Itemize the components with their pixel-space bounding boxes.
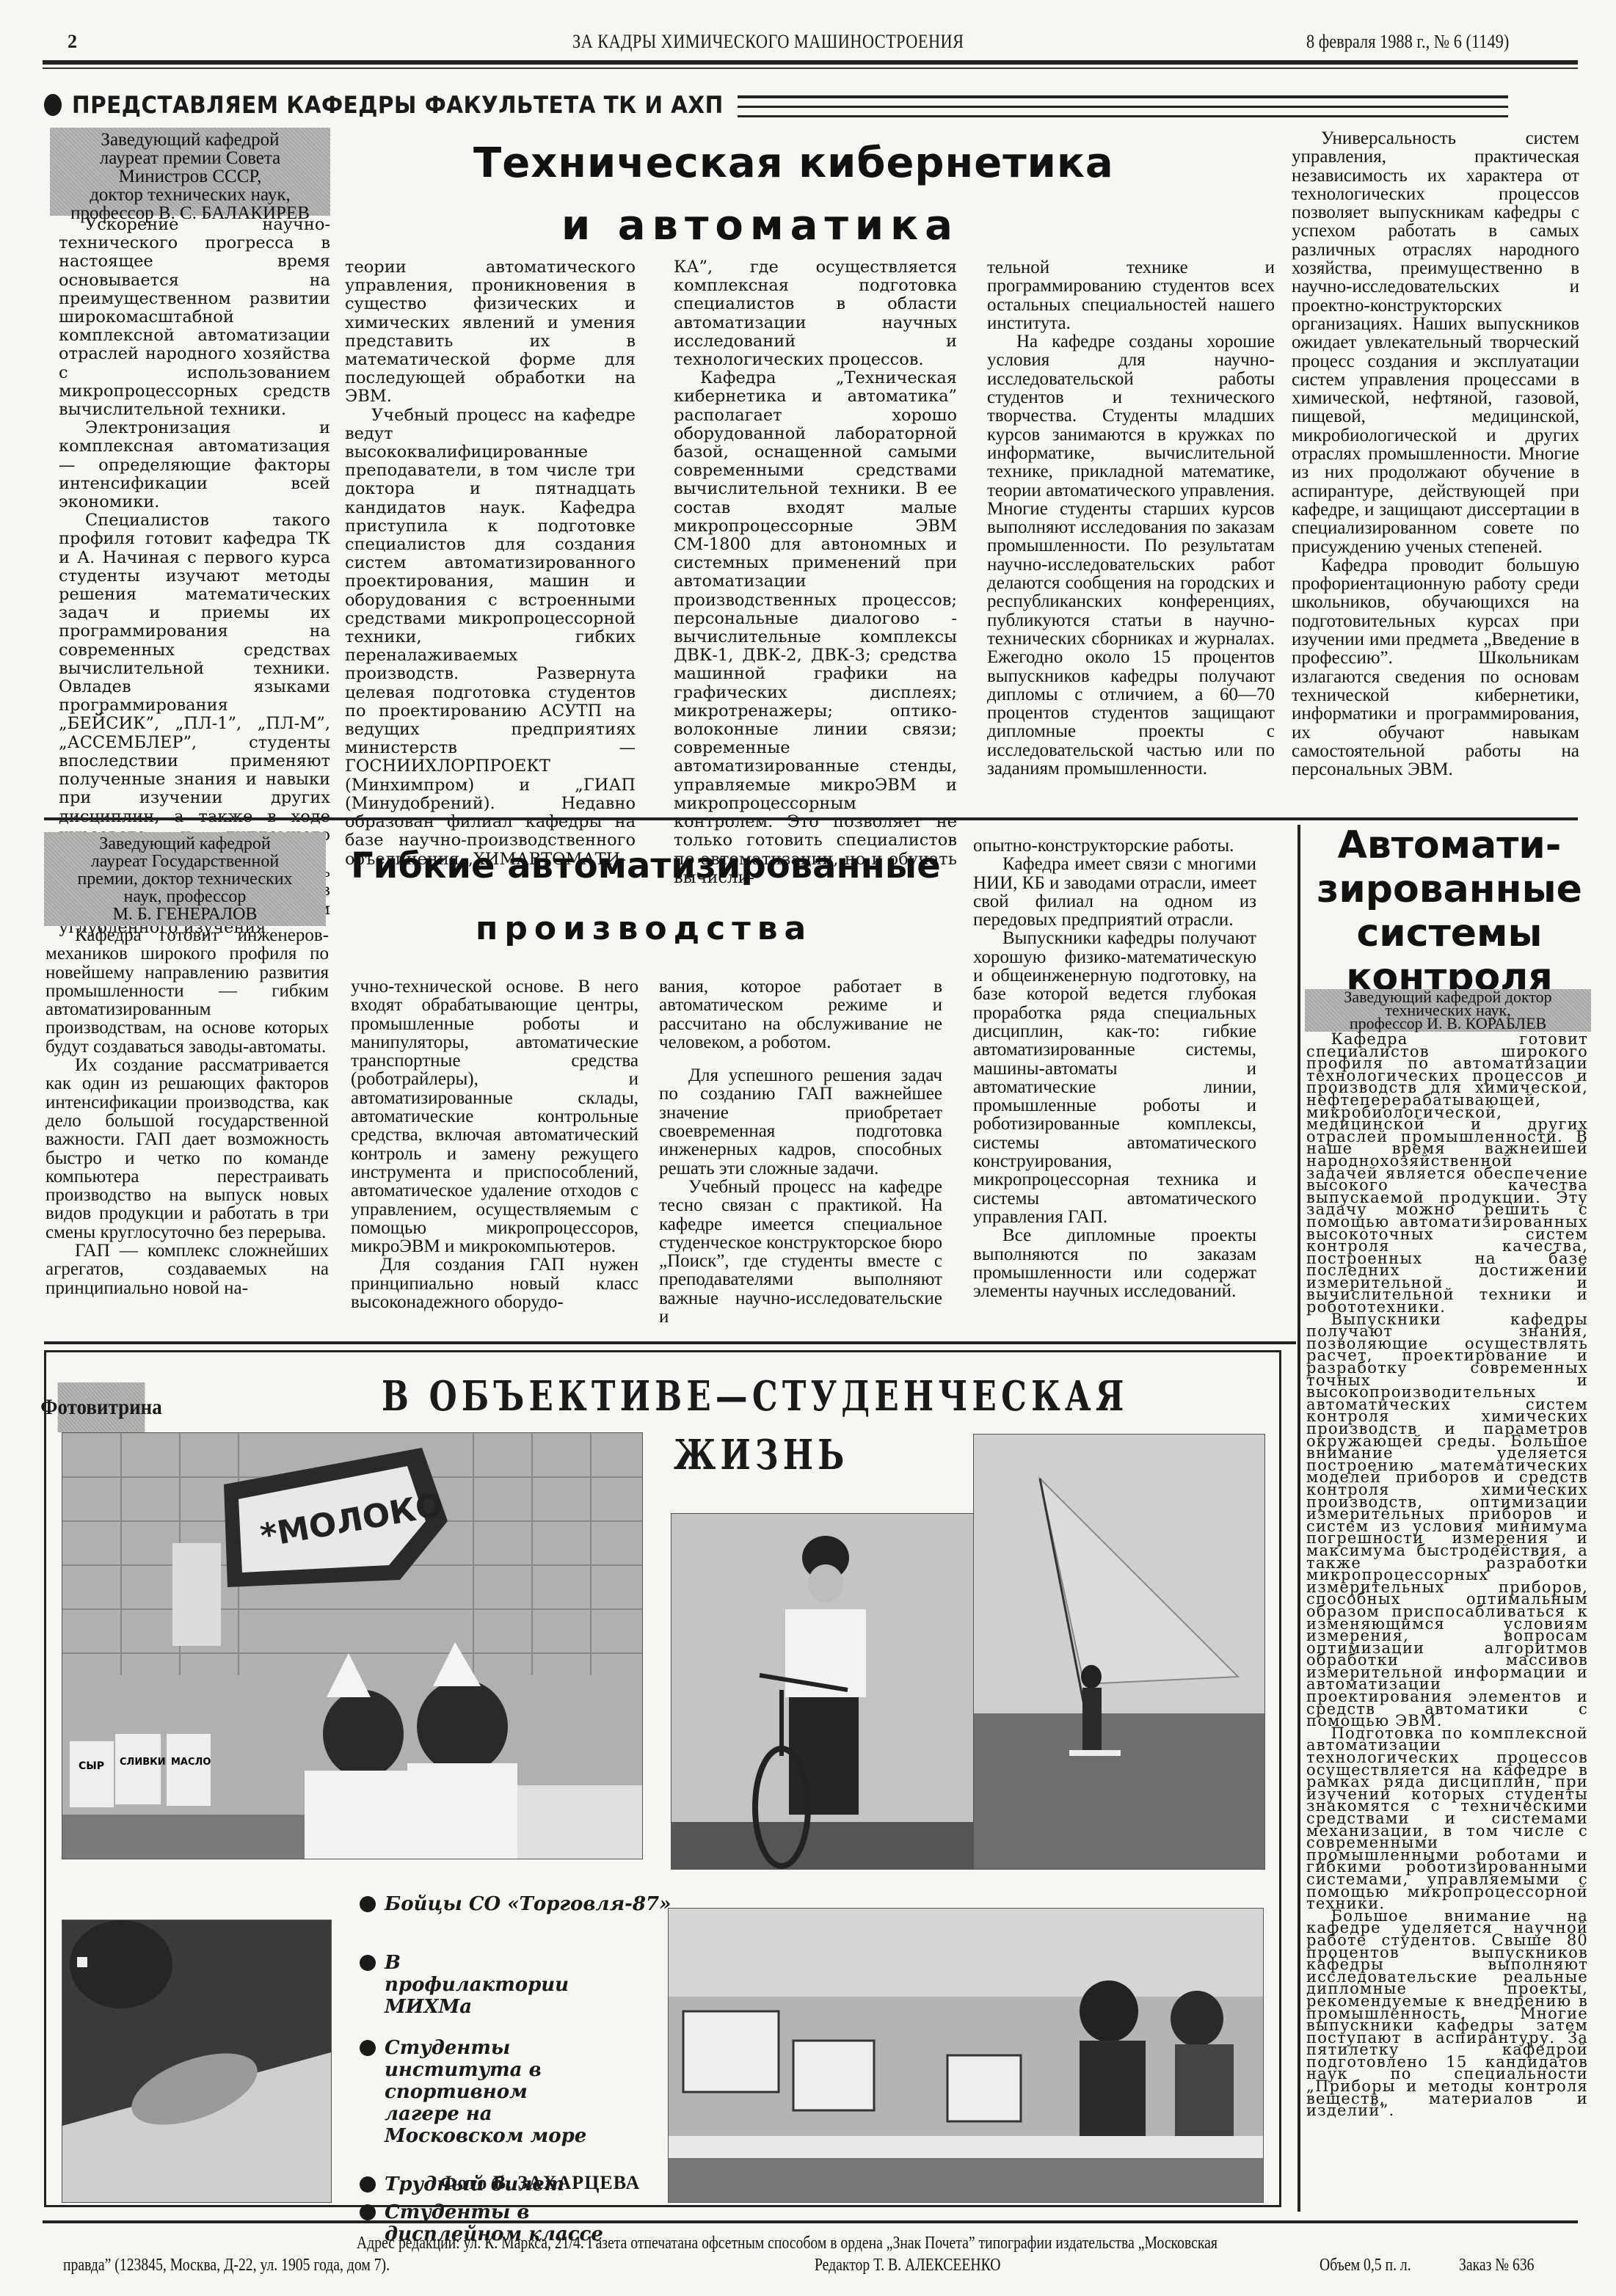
article3-vertical-rule bbox=[1297, 825, 1300, 2212]
byline-line: Заведующий кафедрой bbox=[54, 131, 326, 149]
article-divider bbox=[44, 817, 1578, 820]
paragraph: Специалистов такого профиля готовит кафе… bbox=[59, 511, 330, 863]
article1-title-line2: и автоматика bbox=[561, 202, 959, 249]
bullet-icon bbox=[360, 2040, 376, 2056]
windsurfer-image bbox=[974, 1435, 1264, 1869]
svg-text:СЛИВКИ: СЛИВКИ bbox=[120, 1757, 166, 1768]
caption-text: В профилактории МИХМа bbox=[385, 1952, 569, 2018]
paragraph: Выпускники кафедры получают знания, позв… bbox=[1306, 1313, 1588, 1727]
paragraph: Для успешного решения задач по созданию … bbox=[659, 1066, 942, 1178]
footer-editor: Редактор Т. В. АЛЕКСЕЕНКО bbox=[815, 2256, 1000, 2275]
article2-title: Гибкие автоматизированные bbox=[351, 845, 941, 886]
section-heading: ПРЕДСТАВЛЯЕМ КАФЕДРЫ ФАКУЛЬТЕТА ТК И АХП bbox=[44, 91, 780, 119]
footer-address-line1: Адрес редакции: ул. К. Маркса, 21/4. Газ… bbox=[357, 2234, 1218, 2253]
article3-title: Автомати- зированные системы контроля bbox=[1314, 823, 1585, 999]
article1-column-3: КА”, где осуществляется комплексная подг… bbox=[674, 258, 957, 887]
paragraph: Подготовка по комплексной автоматизации … bbox=[1306, 1727, 1588, 1910]
paragraph: тельной технике и программированию студе… bbox=[987, 258, 1275, 332]
photo-section-title-line2: ЖИЗНЬ bbox=[674, 1431, 849, 1479]
paragraph: ГАП — комплекс сложнейших агрегатов, соз… bbox=[46, 1242, 329, 1297]
photo-captions: Бойцы СО «Торговля-87» В профилактории М… bbox=[360, 1893, 671, 2264]
paragraph: Электронизация и комплексная автоматизац… bbox=[59, 419, 330, 511]
photo-exam-hand bbox=[62, 1920, 332, 2203]
paragraph: Учебный процесс на кафедре ведут высокок… bbox=[345, 407, 636, 869]
byline-line: лауреат Государственной bbox=[48, 853, 321, 870]
paragraph: КА”, где осуществляется комплексная подг… bbox=[674, 258, 957, 369]
bullet-icon bbox=[360, 2204, 376, 2220]
paragraph: Универсальность систем управления, практ… bbox=[1292, 129, 1579, 556]
byline-line: доктор технических наук, bbox=[54, 186, 326, 204]
paragraph: На кафедре созданы хорошие условия для н… bbox=[987, 332, 1275, 778]
footer-volume: Объем 0,5 п. л. bbox=[1320, 2256, 1411, 2275]
title-line: системы bbox=[1314, 911, 1585, 955]
newspaper-title: ЗА КАДРЫ ХИМИЧЕСКОГО МАШИНОСТРОЕНИЯ bbox=[572, 31, 964, 53]
paragraph: Для создания ГАП нужен принципиально нов… bbox=[351, 1255, 638, 1311]
article1-title: Техническая кибернетика bbox=[473, 139, 1114, 187]
paragraph: Кафедра готовит специалистов широкого пр… bbox=[1306, 1033, 1588, 1313]
masthead-rule-thin bbox=[43, 68, 1578, 69]
exercise-bike-image bbox=[671, 1514, 974, 1869]
paragraph: Их создание рассматривается как один из … bbox=[46, 1056, 329, 1242]
paragraph: Кафедра готовит инженеров-механиков широ… bbox=[46, 926, 329, 1056]
photo-windsurfer bbox=[973, 1434, 1265, 1870]
section-heading-lines bbox=[738, 95, 1508, 125]
article1-column-1: Ускорение научно-технического прогресса … bbox=[59, 216, 330, 937]
paragraph: Все дипломные проекты выполняются по зак… bbox=[973, 1226, 1256, 1300]
milk-counter-image: *МОЛОКО СЫР СЛИВКИ МАСЛО bbox=[62, 1433, 642, 1859]
photo-section-title: В ОБЪЕКТИВЕ—СТУДЕНЧЕСКАЯ bbox=[382, 1372, 1129, 1421]
rubric-fotovitrina: Фотовитрина bbox=[58, 1382, 145, 1432]
photo-section-divider bbox=[44, 1341, 1296, 1344]
paragraph: вания, которое работает в автоматическом… bbox=[659, 977, 942, 1052]
article2-byline: Заведующий кафедрой лауреат Государствен… bbox=[44, 832, 326, 926]
caption-item: Бойцы СО «Торговля-87» bbox=[360, 1893, 671, 1915]
caption-item: В профилактории МИХМа bbox=[360, 1952, 550, 2018]
byline-line: М. Б. ГЕНЕРАЛОВ bbox=[48, 905, 321, 923]
article2-column-1: Кафедра готовит инженеров-механиков широ… bbox=[46, 926, 329, 1297]
paragraph: Ускорение научно-технического прогресса … bbox=[59, 216, 330, 419]
byline-line: наук, профессор bbox=[48, 888, 321, 905]
bullet-icon bbox=[360, 1896, 376, 1912]
byline-line: Министров СССР, bbox=[54, 167, 326, 186]
paragraph: теории автоматического управления, прони… bbox=[345, 258, 636, 407]
photo-credit: Фото В. ЗАХАРЦЕВА bbox=[440, 2172, 640, 2194]
paragraph: Выпускники кафедры получают хорошую физи… bbox=[973, 929, 1256, 1226]
issue-date: 8 февраля 1988 г., № 6 (1149) bbox=[1306, 31, 1509, 53]
article2-column-4: опытно-конструкторские работы. Кафедра и… bbox=[973, 837, 1256, 1300]
article3-body: Кафедра готовит специалистов широкого пр… bbox=[1306, 1033, 1588, 2117]
caption-text: Бойцы СО «Торговля-87» bbox=[385, 1893, 671, 1915]
display-class-image bbox=[669, 1909, 1263, 2202]
caption-text: Студенты института в спортивном лагере н… bbox=[385, 2037, 602, 2147]
exam-hand-image bbox=[62, 1920, 331, 2202]
article1-byline: Заведующий кафедрой лауреат премии Совет… bbox=[50, 128, 330, 216]
paragraph: опытно-конструкторские работы. bbox=[973, 837, 1256, 855]
bullet-icon bbox=[44, 94, 62, 116]
paragraph: Кафедра имеет связи с многими НИИ, КБ и … bbox=[973, 855, 1256, 929]
article1-column-4: тельной технике и программированию студе… bbox=[987, 258, 1275, 778]
article2-column-3: вания, которое работает в автоматическом… bbox=[659, 977, 942, 1326]
svg-text:МАСЛО: МАСЛО bbox=[171, 1757, 211, 1768]
article1-column-5: Универсальность систем управления, практ… bbox=[1292, 129, 1579, 779]
title-line: зированные bbox=[1314, 867, 1585, 911]
title-line: Автомати- bbox=[1314, 823, 1585, 867]
article2-title-line2: производства bbox=[476, 910, 812, 947]
article1-column-2: теории автоматического управления, прони… bbox=[345, 258, 636, 869]
byline-line: лауреат премии Совета bbox=[54, 149, 326, 167]
article3-byline: Заведующий кафедрой доктор технических н… bbox=[1305, 989, 1591, 1032]
footer-order: Заказ № 636 bbox=[1459, 2256, 1535, 2275]
byline-line: профессор И. В. КОРАБЛЕВ bbox=[1309, 1017, 1587, 1030]
paragraph: Учебный процесс на кафедре тесно связан … bbox=[659, 1178, 942, 1326]
section-heading-text: ПРЕДСТАВЛЯЕМ КАФЕДРЫ ФАКУЛЬТЕТА ТК И АХП bbox=[72, 91, 724, 119]
byline-line: Заведующий кафедрой bbox=[48, 835, 321, 853]
bullet-icon bbox=[360, 2176, 376, 2193]
svg-text:СЫР: СЫР bbox=[79, 1760, 104, 1772]
caption-item: Студенты института в спортивном лагере н… bbox=[360, 2037, 602, 2147]
paragraph: учно-технической основе. В него входят о… bbox=[351, 977, 638, 1255]
paragraph: Кафедра проводит большую профориентацион… bbox=[1292, 556, 1579, 779]
photo-exercise-bike bbox=[671, 1513, 975, 1870]
footer-rule bbox=[43, 2220, 1578, 2223]
page-number: 2 bbox=[68, 31, 77, 53]
paragraph: Кафедра „Техническая кибернетика и автом… bbox=[674, 369, 957, 887]
byline-line: премии, доктор технических bbox=[48, 870, 321, 888]
paragraph: Большое внимание на кафедре уделяется на… bbox=[1306, 1910, 1588, 2117]
photo-milk-counter: *МОЛОКО СЫР СЛИВКИ МАСЛО bbox=[62, 1432, 643, 1859]
footer-address-line2: правда” (123845, Москва, Д-22, ул. 1905 … bbox=[63, 2256, 390, 2275]
photo-display-class bbox=[668, 1908, 1264, 2203]
article2-column-2: учно-технической основе. В него входят о… bbox=[351, 977, 638, 1311]
masthead-rule bbox=[43, 60, 1578, 65]
bullet-icon bbox=[360, 1955, 376, 1971]
